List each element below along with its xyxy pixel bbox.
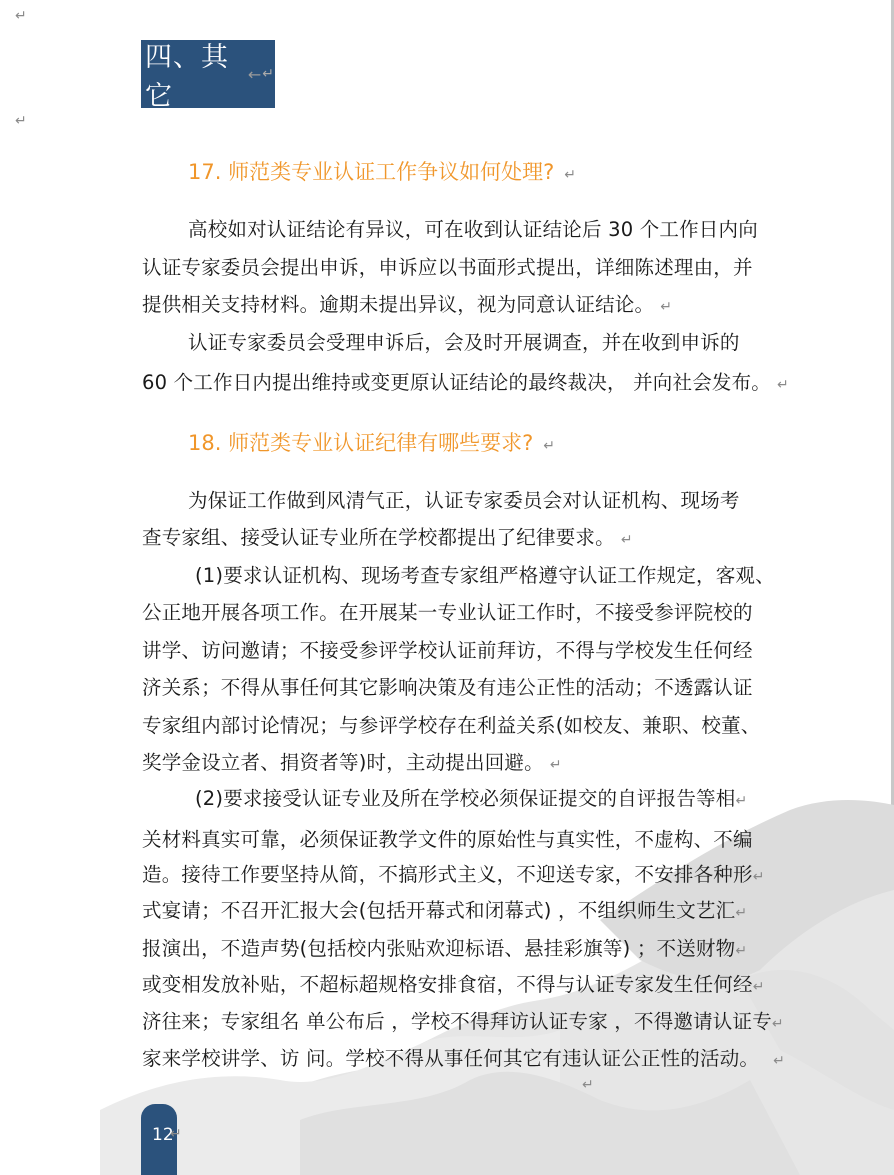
question-heading-17: 17. 师范类专业认证工作争议如何处理?↵ <box>188 156 576 186</box>
paragraph-mark: ↵ <box>777 377 789 393</box>
line-text: 济关系；不得从事任何其它影响决策及有违公正性的活动；不透露认证 <box>142 676 753 699</box>
body-line: 关材料真实可靠，必须保证教学文件的原始性与真实性，不虚构、不编 <box>142 824 753 852</box>
line-text: 关材料真实可靠，必须保证教学文件的原始性与真实性，不虚构、不编 <box>142 828 753 851</box>
body-line: 提供相关支持材料。逾期未提出异议，视为同意认证结论。↵ <box>142 289 672 317</box>
line-text: 或变相发放补贴，不超标超规格安排食宿，不得与认证专家发生任何经 <box>142 973 753 996</box>
line-text: 造。接待工作要坚持从简，不搞形式主义，不迎送专家，不安排各种形 <box>142 863 753 886</box>
line-text: 报演出，不造声势(包括校内张贴欢迎标语、悬挂彩旗等) ；不送财物 <box>142 937 735 960</box>
section-title-text: 四、其它 <box>145 35 246 113</box>
body-line: 奖学金设立者、捐资者等)时，主动提出回避。↵ <box>142 747 562 775</box>
line-text: 专家组内部讨论情况；与参评学校存在利益关系(如校友、兼职、校董、 <box>142 714 761 737</box>
paragraph-mark: ↵ <box>550 757 562 773</box>
paragraph-mark: ↵ <box>753 869 765 885</box>
line-text: (1)要求认证机构、现场考查专家组严格遵守认证工作规定，客观、 <box>195 564 775 587</box>
paragraph-mark: ↵ <box>15 113 27 129</box>
paragraph-mark: ↵ <box>772 1016 784 1032</box>
body-line: 为保证工作做到风清气正，认证专家委员会对认证机构、现场考 <box>188 485 740 513</box>
body-line: 专家组内部讨论情况；与参评学校存在利益关系(如校友、兼职、校董、 <box>142 710 761 738</box>
paragraph-mark: ↵ <box>735 905 747 921</box>
paragraph-mark: ↵ <box>564 167 576 183</box>
body-line: 认证专家委员会提出申诉，申诉应以书面形式提出，详细陈述理由，并 <box>142 252 753 280</box>
line-text: 提供相关支持材料。逾期未提出异议，视为同意认证结论。 <box>142 293 654 316</box>
paragraph-mark: ↵ <box>735 793 747 809</box>
heading-text: 18. 师范类专业认证纪律有哪些要求? <box>188 431 533 455</box>
paragraph-mark: ↵ <box>262 66 275 82</box>
heading-text: 17. 师范类专业认证工作争议如何处理? <box>188 160 554 184</box>
line-text: 公正地开展各项工作。在开展某一专业认证工作时，不接受参评院校的 <box>142 601 753 624</box>
line-text: (2)要求接受认证专业及所在学校必须保证提交的自评报告等相 <box>195 787 735 810</box>
body-line: 或变相发放补贴，不超标超规格安排食宿，不得与认证专家发生任何经↵ <box>142 969 765 997</box>
paragraph-mark: ↵ <box>753 979 765 995</box>
body-line: 造。接待工作要坚持从简，不搞形式主义，不迎送专家，不安排各种形↵ <box>142 859 765 887</box>
body-line: 济关系；不得从事任何其它影响决策及有违公正性的活动；不透露认证 <box>142 672 753 700</box>
line-text: 为保证工作做到风清气正，认证专家委员会对认证机构、现场考 <box>188 489 740 512</box>
body-line: 高校如对认证结论有异议，可在收到认证结论后 30 个工作日内向 <box>188 214 758 242</box>
body-line: 家来学校讲学、访 问。学校不得从事任何其它有违认证公正性的活动。↵ <box>142 1043 785 1071</box>
body-line: 认证专家委员会受理申诉后，会及时开展调查，并在收到申诉的 <box>188 327 740 355</box>
body-line: (1)要求认证机构、现场考查专家组严格遵守认证工作规定，客观、 <box>195 560 775 588</box>
line-text: 认证专家委员会提出申诉，申诉应以书面形式提出，详细陈述理由，并 <box>142 256 753 279</box>
body-line: (2)要求接受认证专业及所在学校必须保证提交的自评报告等相↵ <box>195 783 747 811</box>
paragraph-mark: ← <box>248 65 262 84</box>
body-line: 查专家组、接受认证专业所在学校都提出了纪律要求。↵ <box>142 522 633 550</box>
paragraph-mark: ↵ <box>735 943 747 959</box>
body-line: 济往来；专家组名 单公布后 ，学校不得拜访认证专家 ，不得邀请认证专↵ <box>142 1006 784 1034</box>
paragraph-mark: ↵ <box>15 8 27 24</box>
body-line: 式宴请；不召开汇报大会(包括开幕式和闭幕式) ，不组织师生文艺汇↵ <box>142 895 747 923</box>
section-title: 四、其它 ← ↵ <box>141 40 275 108</box>
paragraph-mark: ↵ <box>170 1126 182 1142</box>
line-text: 家来学校讲学、访 问。学校不得从事任何其它有违认证公正性的活动。 <box>142 1047 759 1070</box>
paragraph-mark: ↵ <box>660 299 672 315</box>
line-text: 高校如对认证结论有异议，可在收到认证结论后 30 个工作日内向 <box>188 218 758 241</box>
line-text: 认证专家委员会受理申诉后，会及时开展调查，并在收到申诉的 <box>188 331 740 354</box>
body-line: 公正地开展各项工作。在开展某一专业认证工作时，不接受参评院校的 <box>142 597 753 625</box>
paragraph-mark: ↵ <box>773 1053 785 1069</box>
question-heading-18: 18. 师范类专业认证纪律有哪些要求?↵ <box>188 427 555 457</box>
body-line: 报演出，不造声势(包括校内张贴欢迎标语、悬挂彩旗等) ；不送财物↵ <box>142 933 747 961</box>
line-text: 讲学、访问邀请；不接受参评学校认证前拜访，不得与学校发生任何经 <box>142 639 753 662</box>
paragraph-mark: ↵ <box>582 1077 594 1093</box>
line-text: 查专家组、接受认证专业所在学校都提出了纪律要求。 <box>142 526 615 549</box>
body-line: 60 个工作日内提出维持或变更原认证结论的最终裁决， 并向社会发布。↵ <box>142 367 789 395</box>
line-text: 60 个工作日内提出维持或变更原认证结论的最终裁决， 并向社会发布。 <box>142 371 771 394</box>
paragraph-mark: ↵ <box>543 438 555 454</box>
line-text: 济往来；专家组名 单公布后 ，学校不得拜访认证专家 ，不得邀请认证专 <box>142 1010 772 1033</box>
body-line: 讲学、访问邀请；不接受参评学校认证前拜访，不得与学校发生任何经 <box>142 635 753 663</box>
line-text: 奖学金设立者、捐资者等)时，主动提出回避。 <box>142 751 544 774</box>
line-text: 式宴请；不召开汇报大会(包括开幕式和闭幕式) ，不组织师生文艺汇 <box>142 899 735 922</box>
paragraph-mark: ↵ <box>621 532 633 548</box>
